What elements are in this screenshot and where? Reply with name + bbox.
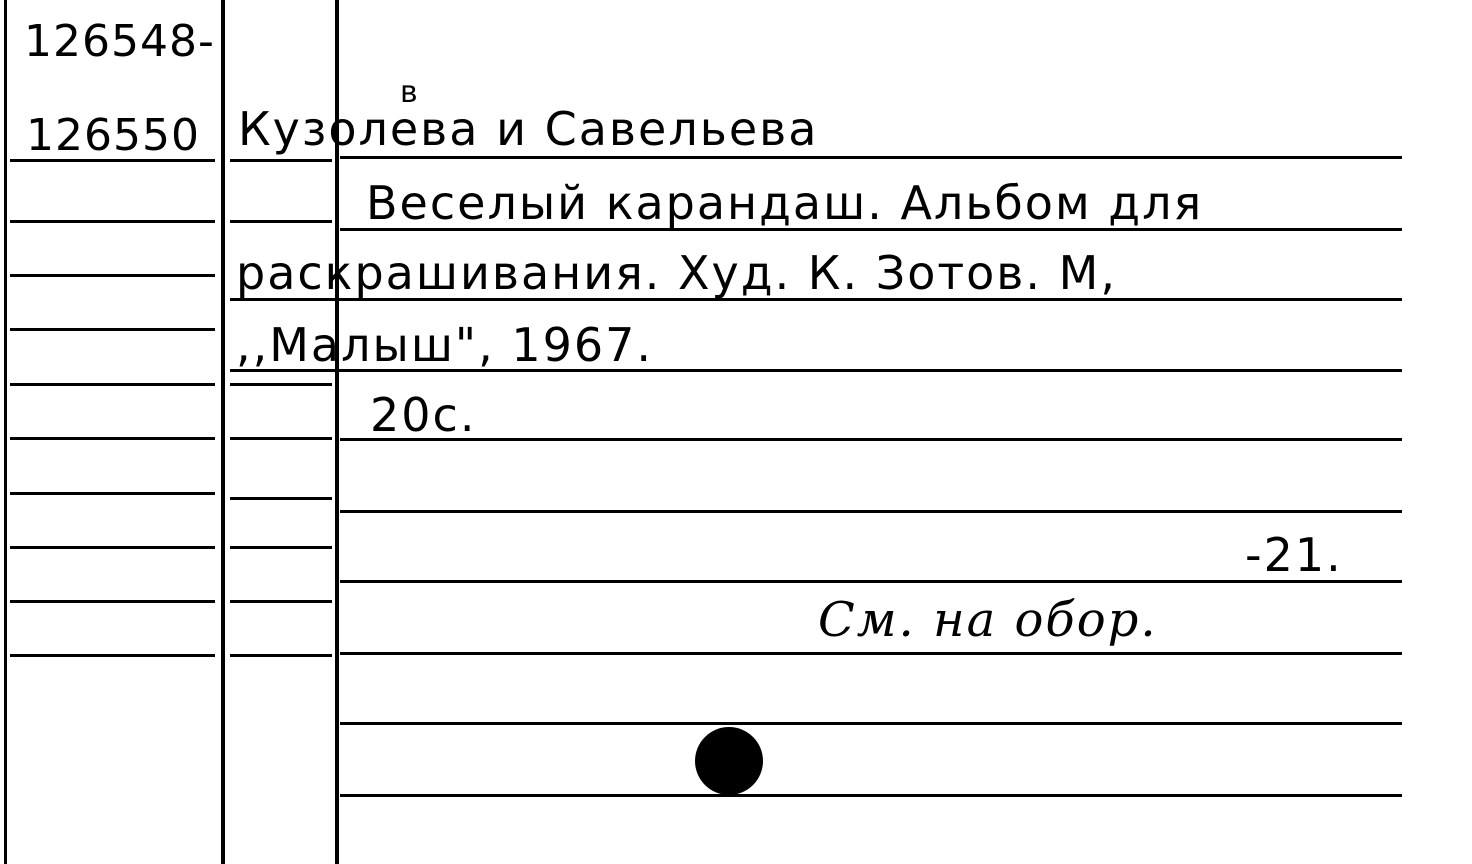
ruled-line <box>340 722 1402 725</box>
ruled-line <box>340 438 1402 441</box>
ruled-line <box>230 383 332 386</box>
ruled-line <box>230 159 332 162</box>
price: -21. <box>1245 532 1343 578</box>
ruled-line <box>10 492 215 495</box>
publisher-line: ,,Малыш", 1967. <box>236 322 653 368</box>
ruled-line <box>10 328 215 331</box>
ruled-line <box>10 437 215 440</box>
ruled-line <box>340 580 1402 583</box>
catalog-card: 126548- 126550 в Кузолева и Савельева Ве… <box>0 0 1472 864</box>
title-line-1: Веселый карандаш. Альбом для <box>366 180 1203 226</box>
ruled-line <box>10 546 215 549</box>
author-name: Кузолева и Савельева <box>238 106 818 152</box>
left-border <box>4 0 7 864</box>
column-divider-1 <box>221 0 225 864</box>
ruled-line <box>10 600 215 603</box>
ruled-line <box>10 654 215 657</box>
call-number-2: 126550 <box>26 114 200 158</box>
ruled-line <box>230 654 332 657</box>
ruled-line <box>10 383 215 386</box>
ruled-line <box>340 510 1402 513</box>
pages-line: 20с. <box>370 392 476 438</box>
ruled-line <box>230 497 332 500</box>
punch-hole <box>695 727 763 795</box>
ruled-line <box>230 220 332 223</box>
ruled-line <box>340 794 1402 797</box>
ruled-line <box>230 437 332 440</box>
ruled-line <box>340 652 1402 655</box>
ruled-line <box>10 274 215 277</box>
ruled-line <box>10 220 215 223</box>
ruled-line <box>230 600 332 603</box>
ruled-line <box>340 156 1402 159</box>
ruled-line <box>230 546 332 549</box>
title-line-2: раскрашивания. Худ. К. Зотов. М, <box>236 250 1117 296</box>
call-number-1: 126548- <box>24 20 215 64</box>
see-reverse-note: См. на обор. <box>818 596 1158 644</box>
